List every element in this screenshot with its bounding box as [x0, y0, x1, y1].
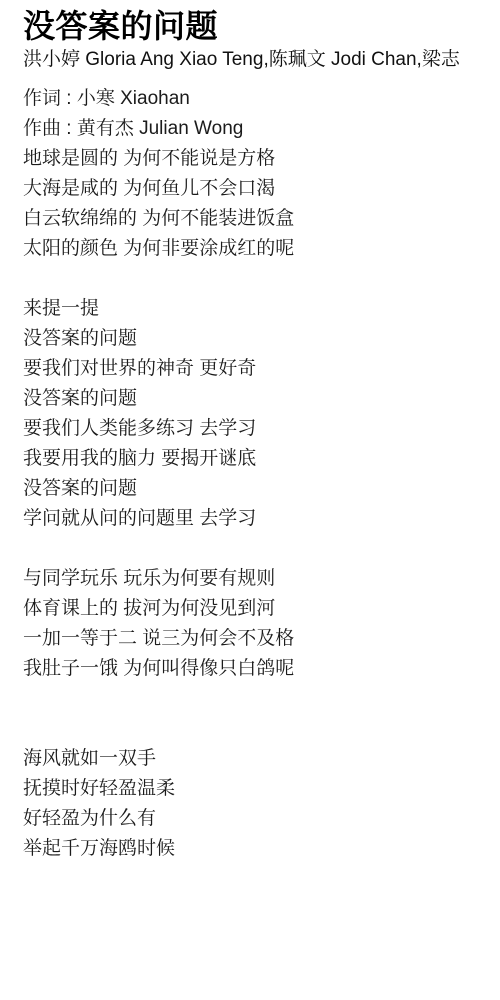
lyric-line: 来提一提	[23, 294, 500, 324]
lyric-line: 作词 : 小寒 Xiaohan	[23, 84, 500, 114]
lyric-line: 好轻盈为什么有	[23, 804, 500, 834]
lyric-line: 我要用我的脑力 要揭开谜底	[23, 444, 500, 474]
lyric-line: 海风就如一双手	[23, 744, 500, 774]
artists-line: 洪小婷 Gloria Ang Xiao Teng,陈珮文 Jodi Chan,梁…	[23, 49, 500, 71]
lyric-line: 大海是咸的 为何鱼儿不会口渴	[23, 174, 500, 204]
lyric-line: 没答案的问题	[23, 474, 500, 504]
lyric-line: 体育课上的 拔河为何没见到河	[23, 594, 500, 624]
lyric-line: 白云软绵绵的 为何不能装进饭盒	[23, 204, 500, 234]
lyric-line: 一加一等于二 说三为何会不及格	[23, 624, 500, 654]
lyric-line: 抚摸时好轻盈温柔	[23, 774, 500, 804]
lyric-line: 没答案的问题	[23, 324, 500, 354]
lyric-line: 地球是圆的 为何不能说是方格	[23, 144, 500, 174]
song-title: 没答案的问题	[23, 6, 500, 46]
lyrics-container: 作词 : 小寒 Xiaohan作曲 : 黄有杰 Julian Wong地球是圆的…	[23, 84, 500, 864]
lyric-line	[23, 534, 500, 564]
lyric-line: 没答案的问题	[23, 384, 500, 414]
lyric-line: 举起千万海鸥时候	[23, 834, 500, 864]
lyric-line: 学问就从问的问题里 去学习	[23, 504, 500, 534]
lyrics-page: 没答案的问题 洪小婷 Gloria Ang Xiao Teng,陈珮文 Jodi…	[0, 0, 500, 864]
lyric-line: 太阳的颜色 为何非要涂成红的呢	[23, 234, 500, 264]
lyric-line	[23, 264, 500, 294]
lyric-line: 作曲 : 黄有杰 Julian Wong	[23, 114, 500, 144]
lyric-line	[23, 714, 500, 744]
lyric-line: 我肚子一饿 为何叫得像只白鸽呢	[23, 654, 500, 684]
lyric-line: 与同学玩乐 玩乐为何要有规则	[23, 564, 500, 594]
lyric-line	[23, 684, 500, 714]
lyric-line: 要我们对世界的神奇 更好奇	[23, 354, 500, 384]
lyric-line: 要我们人类能多练习 去学习	[23, 414, 500, 444]
